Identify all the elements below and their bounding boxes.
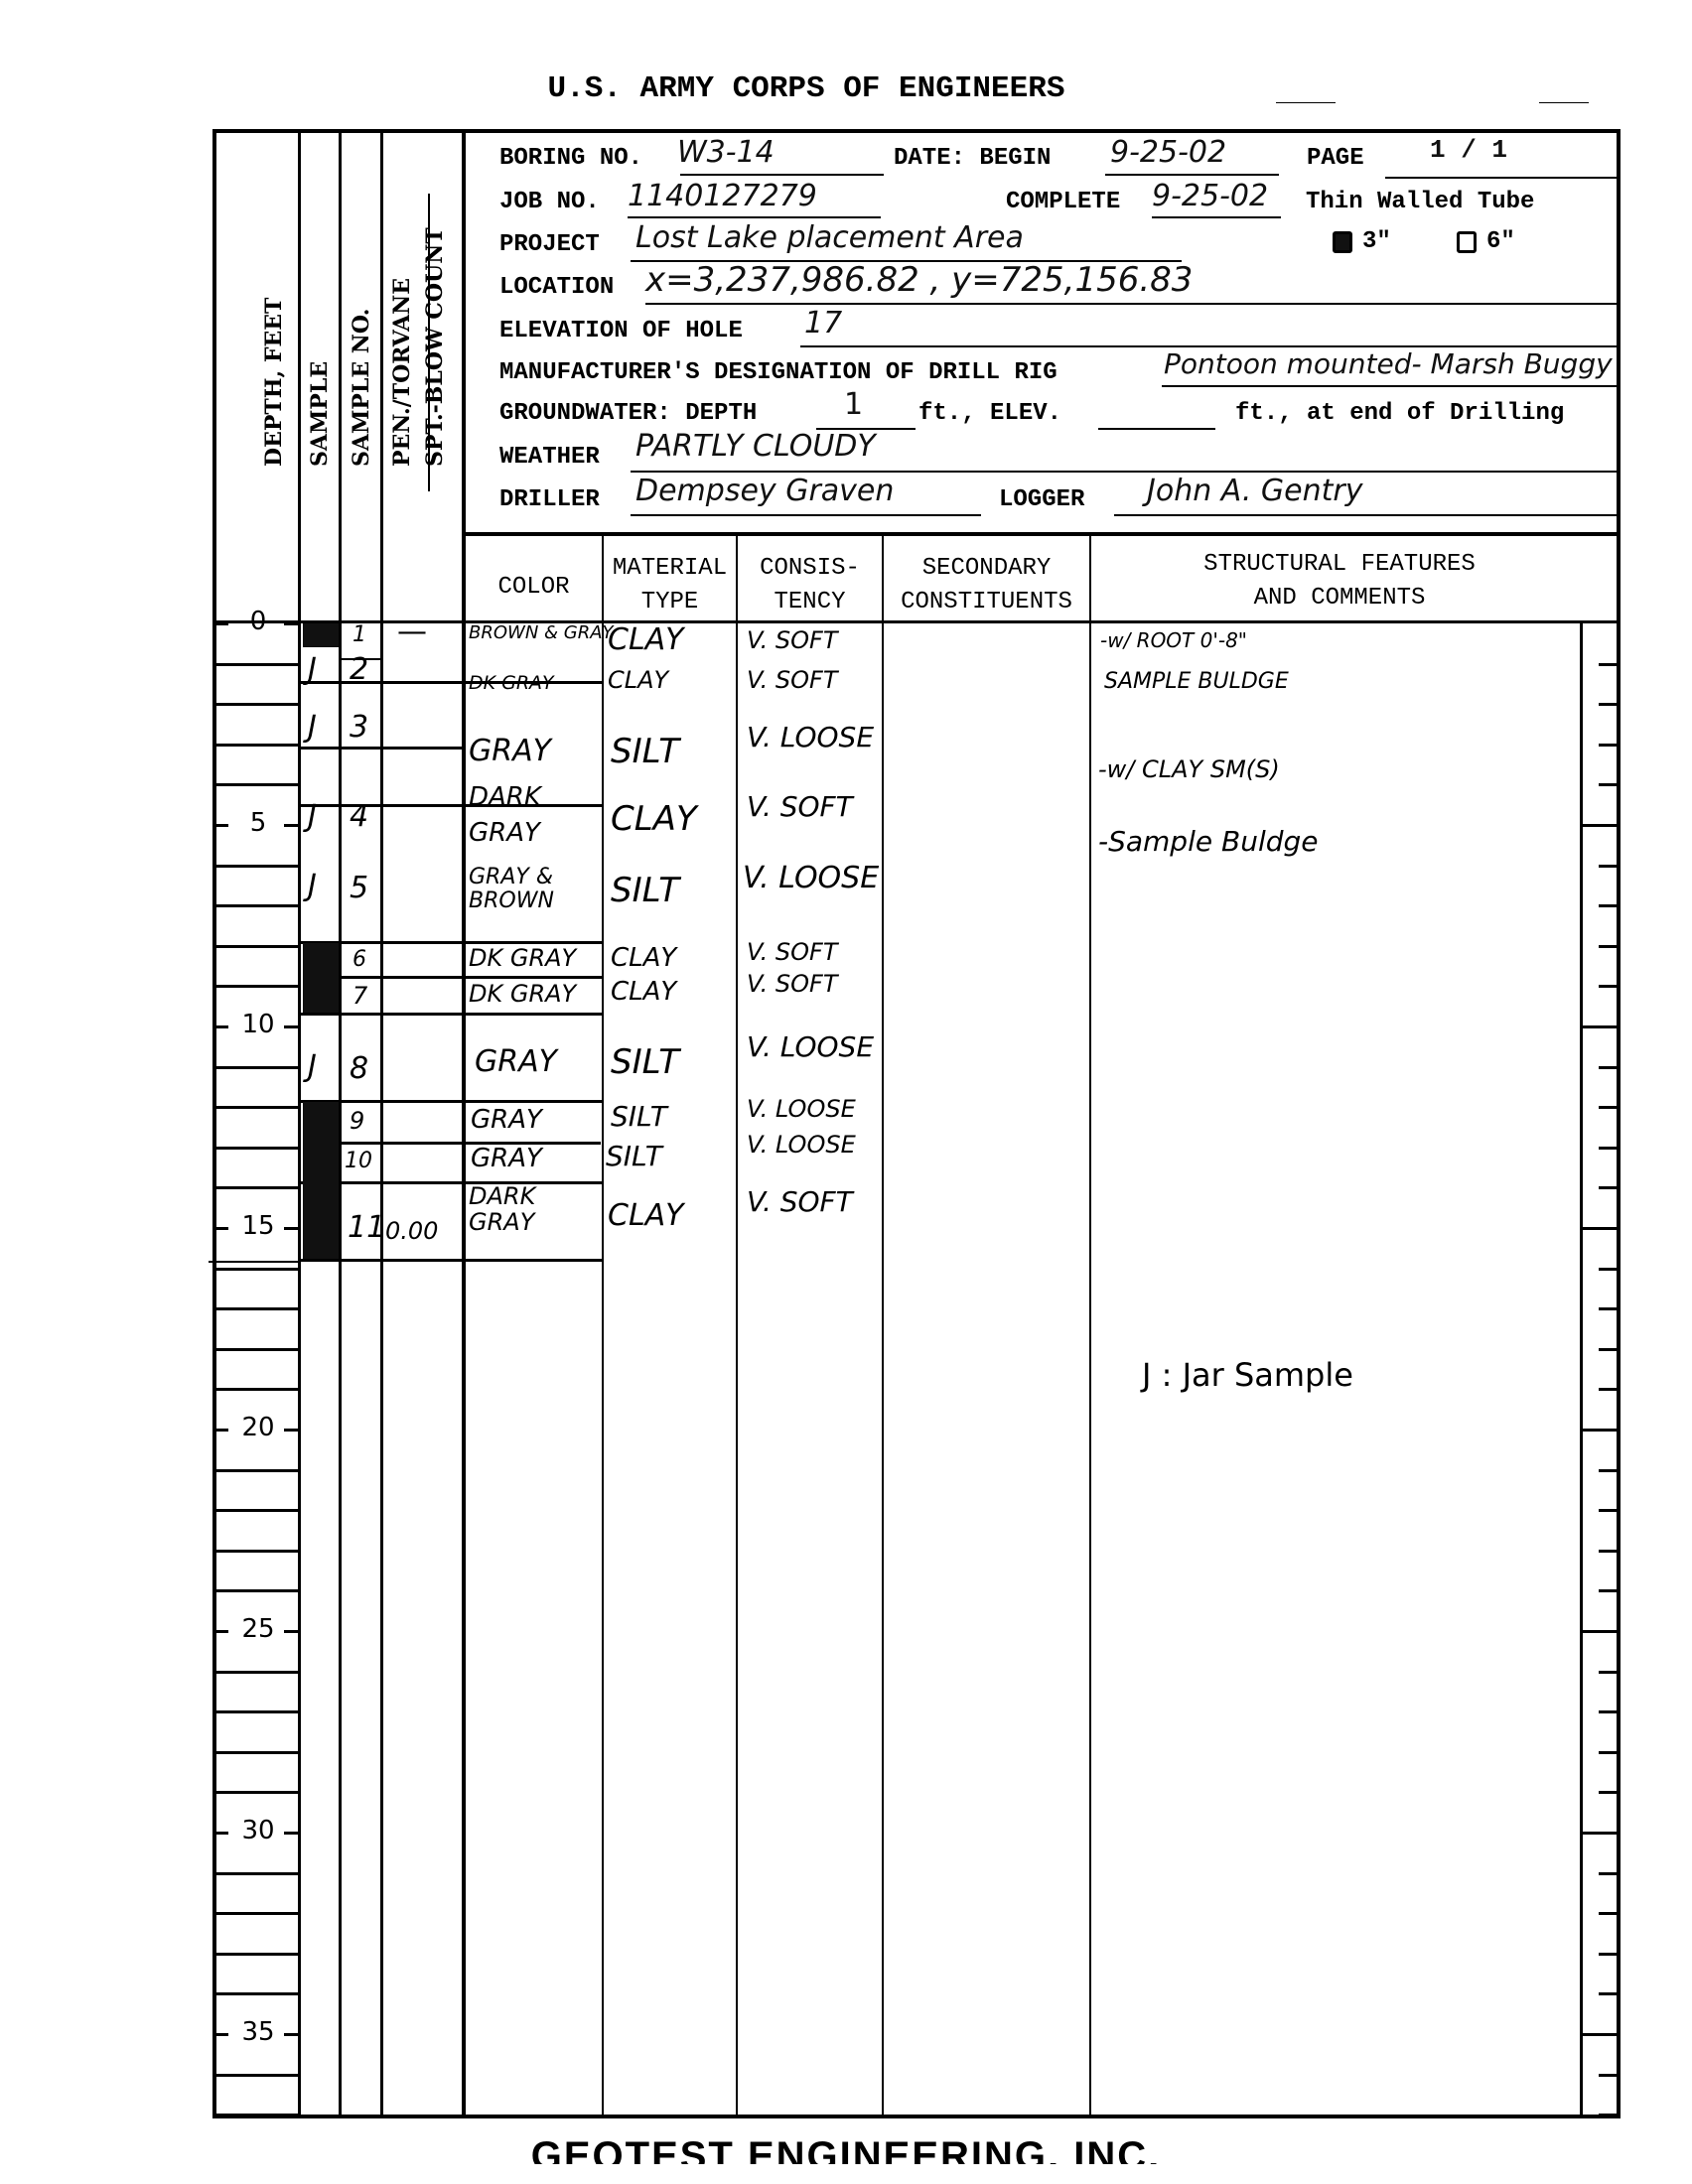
weather-label: WEATHER: [499, 444, 600, 471]
depth-label: 0: [214, 607, 302, 636]
consistency-10: V. LOOSE: [747, 1130, 856, 1160]
depth-foot-line: [214, 1872, 298, 1875]
sample-type-8: J: [308, 1052, 317, 1082]
sample-boundary-11-end: [300, 1259, 603, 1262]
depth-label-tick-right: [284, 1025, 298, 1028]
divider-consistency: [882, 534, 884, 2118]
date-begin-line: [1105, 174, 1279, 176]
sample-boundary-8-9: [300, 1100, 603, 1103]
tube-sample-fill-6-7: [303, 943, 339, 1013]
col-header-secondary: SECONDARYCONSTITUENTS: [884, 552, 1089, 619]
pen-spt-divider-line: [428, 194, 430, 491]
depth-foot-line: [214, 1589, 298, 1592]
job-no-line: [628, 216, 881, 218]
depth-foot-line: [214, 1388, 298, 1391]
depth-tick-mark: [1599, 1912, 1621, 1915]
sample-no-11: 11: [348, 1213, 385, 1243]
boring-no-line: [680, 174, 884, 176]
depth-label: 5: [214, 808, 302, 838]
sample-boundary-3-4: [300, 747, 462, 750]
color-3: GRAY: [469, 737, 551, 766]
col-header-secondary-1: SECONDARY: [884, 552, 1089, 586]
groundwater-ft-elev-label: ft., ELEV.: [918, 400, 1061, 427]
depth-five-foot-line: [1582, 1630, 1621, 1633]
comment-sample-buldge-2: -Sample Buldge: [1098, 827, 1319, 857]
depth-tick-mark: [1599, 744, 1621, 747]
title-underline-stub-2: [1539, 102, 1589, 103]
color-9: GRAY: [471, 1105, 542, 1135]
depth-label: 20: [214, 1413, 302, 1442]
depth-tick-mark: [1599, 1106, 1621, 1109]
consistency-11: V. SOFT: [747, 1187, 853, 1217]
depth-label-tick-right: [284, 622, 298, 625]
sample-no-5: 5: [350, 874, 368, 903]
color-5: GRAY & BROWN: [469, 866, 603, 913]
depth-tick-mark: [1599, 1751, 1621, 1754]
weather-line: [631, 471, 1617, 473]
checkbox-6-inch-label: 6": [1486, 228, 1515, 255]
depth-five-foot-line: [1582, 1025, 1621, 1028]
col-header-consistency-2: TENCY: [738, 586, 882, 619]
depth-tick-mark: [1599, 865, 1621, 868]
comment-clay-seams: -w/ CLAY SM(S): [1098, 754, 1280, 784]
depth-tick-mark: [1599, 1992, 1621, 1995]
page-label: PAGE: [1307, 145, 1364, 172]
col-header-comments: STRUCTURAL FEATURESAND COMMENTS: [1091, 548, 1588, 615]
sample-no-6: 6: [352, 945, 366, 975]
groundwater-depth-value: 1: [844, 387, 863, 422]
document-title: U.S. ARMY CORPS OF ENGINEERS: [0, 71, 1692, 106]
sample-type-4: J: [308, 802, 317, 832]
sample-type-2: J: [308, 655, 317, 685]
drill-rig-label: MANUFACTURER'S DESIGNATION OF DRILL RIG: [499, 359, 1057, 386]
col-header-material: MATERIALTYPE: [604, 552, 736, 619]
depth-label-tick-right: [284, 824, 298, 827]
color-4: DARK GRAY: [469, 779, 598, 851]
drill-rig-line: [1162, 385, 1617, 387]
depth-foot-line: [214, 1307, 298, 1310]
depth-label: 10: [214, 1010, 302, 1039]
depth-label-tick-left: [214, 824, 228, 827]
location-line: [645, 303, 1617, 305]
depth-foot-line: [214, 1509, 298, 1512]
divider-sample: [339, 129, 342, 2118]
depth-tick-mark: [1599, 783, 1621, 786]
depth-foot-line: [214, 1186, 298, 1189]
depth-foot-line: [214, 865, 298, 868]
driller-value: Dempsey Graven: [635, 474, 894, 508]
tube-sample-fill-9-11: [303, 1102, 339, 1259]
col-header-comments-1: STRUCTURAL FEATURES: [1091, 548, 1588, 582]
depth-foot-line: [214, 1268, 298, 1271]
depth-foot-line: [214, 1469, 298, 1472]
material-4: CLAY: [611, 804, 697, 834]
sample-type-3: J: [308, 713, 317, 743]
project-label: PROJECT: [499, 231, 600, 258]
depth-five-foot-line: [1582, 824, 1621, 827]
divider-color: [602, 534, 604, 2118]
color-8: GRAY: [475, 1047, 557, 1077]
col-header-consistency: CONSIS-TENCY: [738, 552, 882, 619]
depth-foot-line: [214, 1671, 298, 1674]
divider-tick-column: [1580, 623, 1583, 2118]
info-box-bottom-line: [464, 532, 1621, 536]
depth-foot-line: [214, 985, 298, 988]
depth-tick-mark: [1599, 904, 1621, 907]
divider-sample-no: [380, 129, 383, 2118]
depth-tick-mark: [1599, 1710, 1621, 1713]
depth-tick-mark: [1599, 1388, 1621, 1391]
logger-value: John A. Gentry: [1147, 474, 1363, 508]
depth-tick-mark: [1599, 985, 1621, 988]
depth-label: 30: [214, 1816, 302, 1845]
depth-tick-mark: [1599, 1509, 1621, 1512]
driller-label: DRILLER: [499, 486, 600, 513]
material-3: SILT: [611, 737, 679, 766]
sample-no-8: 8: [350, 1054, 368, 1084]
sample-type-5: J: [308, 872, 317, 901]
complete-value: 9-25-02: [1152, 179, 1268, 213]
material-7: CLAY: [611, 977, 676, 1007]
color-1: BROWN & GRAY: [469, 625, 614, 641]
depth-tick-mark: [1599, 1147, 1621, 1150]
depth-foot-line: [214, 1348, 298, 1351]
col-header-consistency-1: CONSIS-: [738, 552, 882, 586]
consistency-4: V. SOFT: [747, 792, 853, 822]
checkbox-3-inch[interactable]: [1333, 231, 1352, 253]
depth-foot-line: [214, 1791, 298, 1794]
material-5: SILT: [611, 876, 679, 905]
logger-line: [1114, 514, 1617, 516]
col-header-spt-blow-count: SPT.-BLOW COUNT: [422, 227, 448, 467]
divider-pen: [462, 129, 466, 2118]
sample-no-4: 4: [350, 802, 368, 832]
elevation-value: 17: [804, 306, 842, 341]
material-1: CLAY: [608, 625, 684, 655]
complete-label: COMPLETE: [1006, 189, 1120, 215]
depth-foot-line: [214, 1710, 298, 1713]
elevation-label: ELEVATION OF HOLE: [499, 318, 743, 344]
location-label: LOCATION: [499, 274, 614, 301]
consistency-7: V. SOFT: [747, 969, 838, 999]
complete-line: [1152, 216, 1281, 218]
job-no-value: 1140127279: [628, 179, 817, 213]
depth-label-tick-right: [284, 2033, 298, 2036]
depth-tick-mark: [1599, 1589, 1621, 1592]
divider-secondary: [1089, 534, 1091, 2118]
depth-label-tick-left: [214, 1227, 228, 1230]
material-9: SILT: [611, 1102, 667, 1132]
depth-foot-line: [214, 2074, 298, 2077]
checkbox-3-inch-label: 3": [1362, 228, 1391, 255]
sample-no-10: 10: [345, 1147, 372, 1176]
consistency-8: V. LOOSE: [747, 1032, 874, 1062]
pen-value-1: —: [397, 617, 427, 647]
project-value: Lost Lake placement Area: [635, 220, 1024, 255]
location-value: x=3,237,986.82 , y=725,156.83: [645, 260, 1193, 300]
depth-tick-mark: [1599, 1671, 1621, 1674]
col-header-depth: DEPTH, FEET: [261, 298, 287, 467]
weather-value: PARTLY CLOUDY: [635, 429, 876, 464]
depth-tick-mark: [1599, 945, 1621, 948]
legend-jar-sample: J : Jar Sample: [1142, 1360, 1353, 1390]
depth-label-tick-right: [284, 1429, 298, 1432]
col-header-sample: SAMPLE: [307, 361, 333, 467]
depth-foot-line: [214, 945, 298, 948]
divider-material: [736, 534, 738, 2118]
color-6: DK GRAY: [469, 943, 576, 973]
col-header-comments-2: AND COMMENTS: [1091, 582, 1588, 615]
depth-foot-line: [214, 663, 298, 666]
depth-tick-mark: [1599, 1348, 1621, 1351]
checkbox-6-inch[interactable]: [1457, 231, 1477, 253]
page-line: [1385, 177, 1621, 179]
depth-label-tick-left: [214, 1832, 228, 1835]
depth-tick-mark: [1599, 2074, 1621, 2077]
driller-line: [631, 514, 981, 516]
comment-root: -w/ ROOT 0'-8": [1100, 625, 1247, 655]
material-8: SILT: [611, 1047, 679, 1077]
depth-foot-line: [214, 703, 298, 706]
material-2: CLAY: [608, 665, 668, 695]
boring-no-label: BORING NO.: [499, 145, 642, 172]
depth-foot-line: [214, 1992, 298, 1995]
consistency-3: V. LOOSE: [747, 723, 874, 752]
color-7: DK GRAY: [469, 979, 576, 1009]
drill-rig-value: Pontoon mounted- Marsh Buggy: [1164, 347, 1613, 380]
col-header-material-1: MATERIAL: [604, 552, 736, 586]
groundwater-elev-line: [1098, 428, 1215, 430]
depth-foot-line: [214, 1066, 298, 1069]
title-text: U.S. ARMY CORPS OF ENGINEERS: [548, 71, 1065, 106]
title-underline-stub: [1276, 102, 1336, 103]
depth-label-tick-right: [284, 1630, 298, 1633]
depth-foot-line: [214, 1953, 298, 1956]
col-header-material-2: TYPE: [604, 586, 736, 619]
comment-sample-buldge-1: SAMPLE BULDGE: [1104, 667, 1289, 697]
sample-no-1: 1: [352, 620, 366, 650]
depth-five-foot-line: [1582, 1227, 1621, 1230]
depth-label-tick-left: [214, 622, 228, 625]
depth-tick-mark: [1599, 1550, 1621, 1553]
pen-value-11: 0.00: [385, 1216, 438, 1246]
consistency-9: V. LOOSE: [747, 1094, 856, 1124]
material-10: SILT: [606, 1142, 662, 1171]
depth-label: 25: [214, 1614, 302, 1644]
depth-label-tick-right: [284, 1832, 298, 1835]
depth-tick-mark: [1599, 1307, 1621, 1310]
depth-label-tick-left: [214, 2033, 228, 2036]
depth-tick-mark: [1599, 1066, 1621, 1069]
depth-foot-line: [214, 1550, 298, 1553]
sample-no-2: 2: [350, 655, 368, 685]
boring-no-value: W3-14: [677, 135, 775, 170]
depth-label-tick-left: [214, 1429, 228, 1432]
job-no-label: JOB NO.: [499, 189, 600, 215]
depth-tick-mark: [1599, 703, 1621, 706]
material-6: CLAY: [611, 943, 676, 973]
depth-tick-mark: [1599, 1872, 1621, 1875]
depth-foot-line: [214, 783, 298, 786]
color-10: GRAY: [471, 1144, 542, 1173]
col-header-color: COLOR: [466, 571, 602, 605]
tube-sample-fill-1: [303, 623, 339, 647]
depth-label-tick-left: [214, 1630, 228, 1633]
depth-five-foot-line: [1582, 1429, 1621, 1432]
depth-foot-line: [214, 1751, 298, 1754]
depth-foot-line: [214, 1147, 298, 1150]
depth-tick-mark: [1599, 1791, 1621, 1794]
col-header-pen-torvane: PEN./TORVANE: [389, 278, 415, 467]
depth-tick-mark: [1599, 2114, 1621, 2116]
color-11: DARK GRAY: [469, 1183, 588, 1235]
page-value: 1 / 1: [1430, 135, 1507, 165]
depth-label: 35: [214, 2017, 302, 2047]
sample-no-9: 9: [350, 1106, 364, 1136]
consistency-1: V. SOFT: [747, 625, 838, 655]
depth-foot-line: [214, 1912, 298, 1915]
date-begin-value: 9-25-02: [1110, 135, 1226, 170]
sample-no-3: 3: [350, 713, 368, 743]
depth-tick-mark: [1599, 1953, 1621, 1956]
sample-boundary-2-3: [300, 681, 603, 684]
depth-tick-mark: [1599, 1268, 1621, 1271]
depth-five-foot-line: [1582, 2033, 1621, 2036]
consistency-5: V. LOOSE: [743, 864, 879, 893]
depth-stub-line: [209, 1261, 300, 1263]
consistency-2: V. SOFT: [747, 665, 838, 695]
depth-foot-line: [214, 2114, 298, 2116]
groundwater-depth-label: GROUNDWATER: DEPTH: [499, 400, 757, 427]
depth-tick-mark: [1599, 1186, 1621, 1189]
col-header-sample-no: SAMPLE NO.: [349, 309, 374, 467]
material-11: CLAY: [608, 1201, 684, 1231]
sample-boundary-7-8: [300, 1013, 603, 1016]
depth-foot-line: [214, 1106, 298, 1109]
groundwater-end-label: ft., at end of Drilling: [1235, 400, 1564, 427]
color-1-text: BROWN & GRAY: [469, 622, 614, 643]
sample-no-7: 7: [352, 981, 367, 1011]
depth-tick-mark: [1599, 663, 1621, 666]
logger-label: LOGGER: [999, 486, 1084, 513]
company-footer: GEOTEST ENGINEERING, INC.: [0, 2134, 1692, 2164]
date-begin-label: DATE: BEGIN: [894, 145, 1051, 172]
consistency-6: V. SOFT: [747, 937, 838, 967]
col-header-secondary-2: CONSTITUENTS: [884, 586, 1089, 619]
depth-label: 15: [214, 1211, 302, 1241]
depth-label-tick-right: [284, 1227, 298, 1230]
depth-tick-mark: [1599, 1469, 1621, 1472]
depth-foot-line: [214, 744, 298, 747]
depth-five-foot-line: [1582, 1832, 1621, 1835]
depth-foot-line: [214, 904, 298, 907]
color-2: DK GRAY: [469, 668, 554, 698]
depth-label-tick-left: [214, 1025, 228, 1028]
thin-walled-tube-label: Thin Walled Tube: [1306, 189, 1534, 215]
